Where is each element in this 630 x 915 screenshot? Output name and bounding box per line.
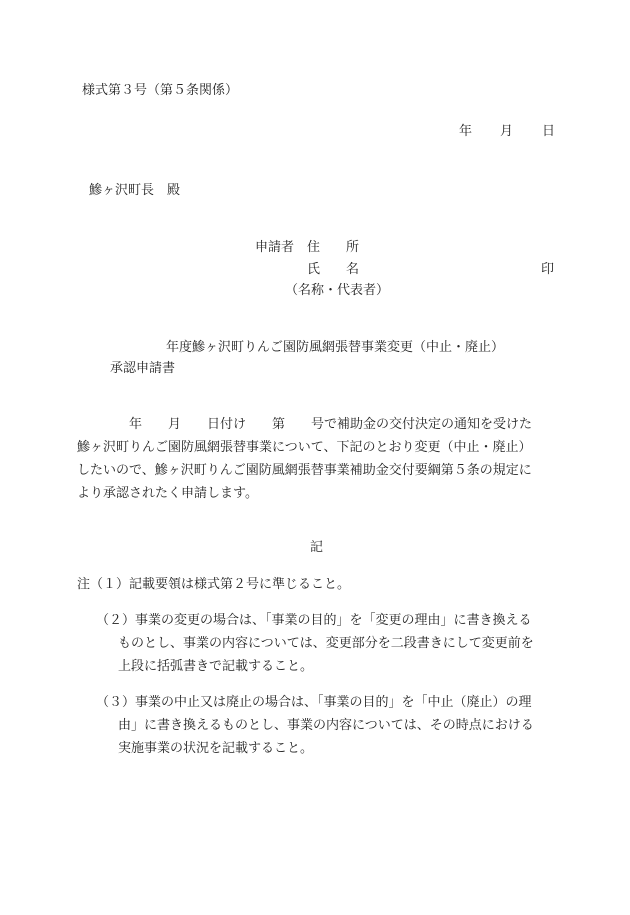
body-line: 鰺ヶ沢町りんご園防風網張替事業について、下記のとおり変更（中止・廃止） xyxy=(77,440,531,456)
date-year-label: 年 xyxy=(459,124,472,140)
name-note: （名称・代表者） xyxy=(285,283,389,299)
addressee: 鰺ヶ沢町長 殿 xyxy=(89,183,180,199)
date-month-label: 月 xyxy=(500,124,513,140)
note-1-line: 注（１）記載要領は様式第２号に準じること。 xyxy=(77,577,350,593)
applicant-label: 申請者 xyxy=(255,240,294,256)
form-label: 様式第３号（第５条関係） xyxy=(82,83,238,99)
body-line: したいので、鰺ヶ沢町りんご園防風網張替事業補助金交付要綱第５条の規定に xyxy=(77,463,532,479)
ki-heading: 記 xyxy=(310,540,323,556)
address-label: 住 所 xyxy=(307,240,359,256)
note-3-line: （３）事業の中止又は廃止の場合は、「事業の目的」を「中止（廃止）の理 xyxy=(96,695,532,711)
body-line: より承認されたく申請します。 xyxy=(77,486,258,502)
note-2-line: （２）事業の変更の場合は、「事業の目的」を「変更の理由」に書き換える xyxy=(96,613,532,629)
note-2-line: 上段に括弧書きで記載すること。 xyxy=(118,659,313,675)
note-3-line: 実施事業の状況を記載すること。 xyxy=(118,741,313,757)
name-label: 氏 名 xyxy=(307,262,359,278)
title-line-1: 年度鰺ヶ沢町りんご園防風網張替事業変更（中止・廃止） xyxy=(166,340,504,356)
title-line-2: 承認申請書 xyxy=(110,361,175,377)
body-line: 年 月 日付け 第 号で補助金の交付決定の通知を受けた xyxy=(77,417,532,433)
note-3-line: 由」に書き換えるものとし、事業の内容については、その時点における xyxy=(118,718,534,734)
note-2-line: ものとし、事業の内容については、変更部分を二段書きにして変更前を xyxy=(118,636,534,652)
date-day-label: 日 xyxy=(542,124,555,140)
seal-mark: 印 xyxy=(541,262,554,278)
